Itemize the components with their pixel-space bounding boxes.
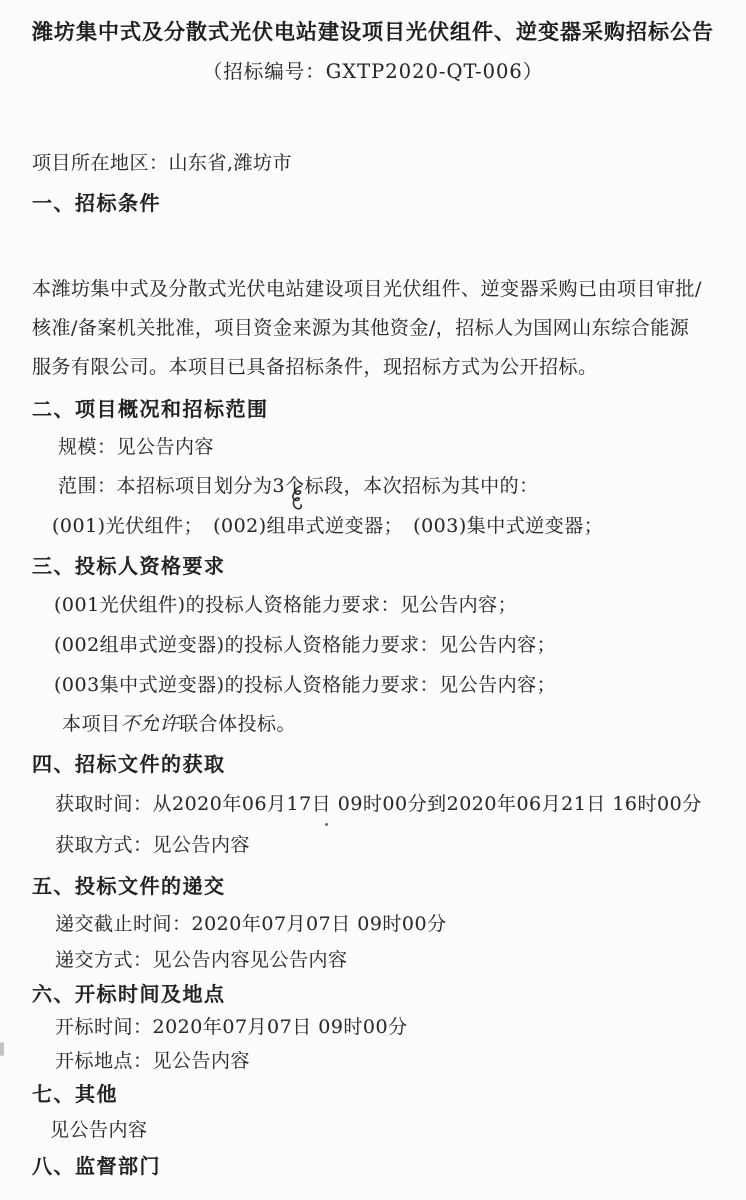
document-obtain-time: 获取时间：从2020年06月17日 09时00分到2020年06月21日 16时… <box>55 792 702 816</box>
section-1-heading: 一、招标条件 <box>32 191 161 215</box>
region-line: 项目所在地区：山东省,潍坊市 <box>32 151 292 175</box>
project-scale-line: 规模：见公告内容 <box>58 435 214 459</box>
joint-bid-line: 本项目不允许联合体投标。 <box>62 712 296 736</box>
qualification-lot-002: (002组串式逆变器)的投标人资格能力要求：见公告内容； <box>54 633 556 657</box>
joint-bid-not-allowed-emphasis: 不允许 <box>121 713 180 735</box>
joint-bid-prefix: 本项目 <box>62 713 121 735</box>
section-1-paragraph-line-1: 本潍坊集中式及分散式光伏电站建设项目光伏组件、逆变器采购已由项目审批/ <box>32 277 702 301</box>
tender-number: （招标编号：GXTP2020-QT-006） <box>0 60 746 84</box>
section-3-heading: 三、投标人资格要求 <box>32 554 226 578</box>
bid-opening-time: 开标时间：2020年07月07日 09时00分 <box>55 1015 408 1039</box>
section-7-heading: 七、其他 <box>32 1082 118 1106</box>
section-7-content: 见公告内容 <box>50 1118 148 1142</box>
submission-method: 递交方式：见公告内容见公告内容 <box>55 948 348 972</box>
scanned-document-page: 潍坊集中式及分散式光伏电站建设项目光伏组件、逆变器采购招标公告 （招标编号：GX… <box>0 0 746 1200</box>
section-4-heading: 四、招标文件的获取 <box>32 752 226 776</box>
submission-deadline: 递交截止时间：2020年07月07日 09时00分 <box>55 912 447 936</box>
handwritten-squiggle-mark <box>287 484 313 516</box>
section-8-heading: 八、监督部门 <box>32 1154 161 1178</box>
bid-lots-line: (001)光伏组件； (002)组串式逆变器； (003)集中式逆变器； <box>52 514 603 538</box>
section-2-heading: 二、项目概况和招标范围 <box>32 397 269 421</box>
section-6-heading: 六、开标时间及地点 <box>32 982 226 1006</box>
section-1-paragraph-line-2: 核准/备案机关批准，项目资金来源为其他资金/，招标人为国网山东综合能源 <box>32 316 689 340</box>
section-1-paragraph-line-3: 服务有限公司。本项目已具备招标条件，现招标方式为公开招标。 <box>32 355 598 379</box>
scan-edge-smudge <box>0 1042 4 1056</box>
page-title: 潍坊集中式及分散式光伏电站建设项目光伏组件、逆变器采购招标公告 <box>0 20 746 44</box>
joint-bid-suffix: 联合体投标。 <box>179 713 296 735</box>
qualification-lot-003: (003集中式逆变器)的投标人资格能力要求：见公告内容； <box>54 673 556 697</box>
qualification-lot-001: (001光伏组件)的投标人资格能力要求：见公告内容； <box>54 593 517 617</box>
section-5-heading: 五、投标文件的递交 <box>32 874 226 898</box>
document-obtain-method: 获取方式：见公告内容 <box>55 833 250 857</box>
bid-opening-place: 开标地点：见公告内容 <box>55 1049 250 1073</box>
scan-dot-artifact <box>325 823 328 826</box>
